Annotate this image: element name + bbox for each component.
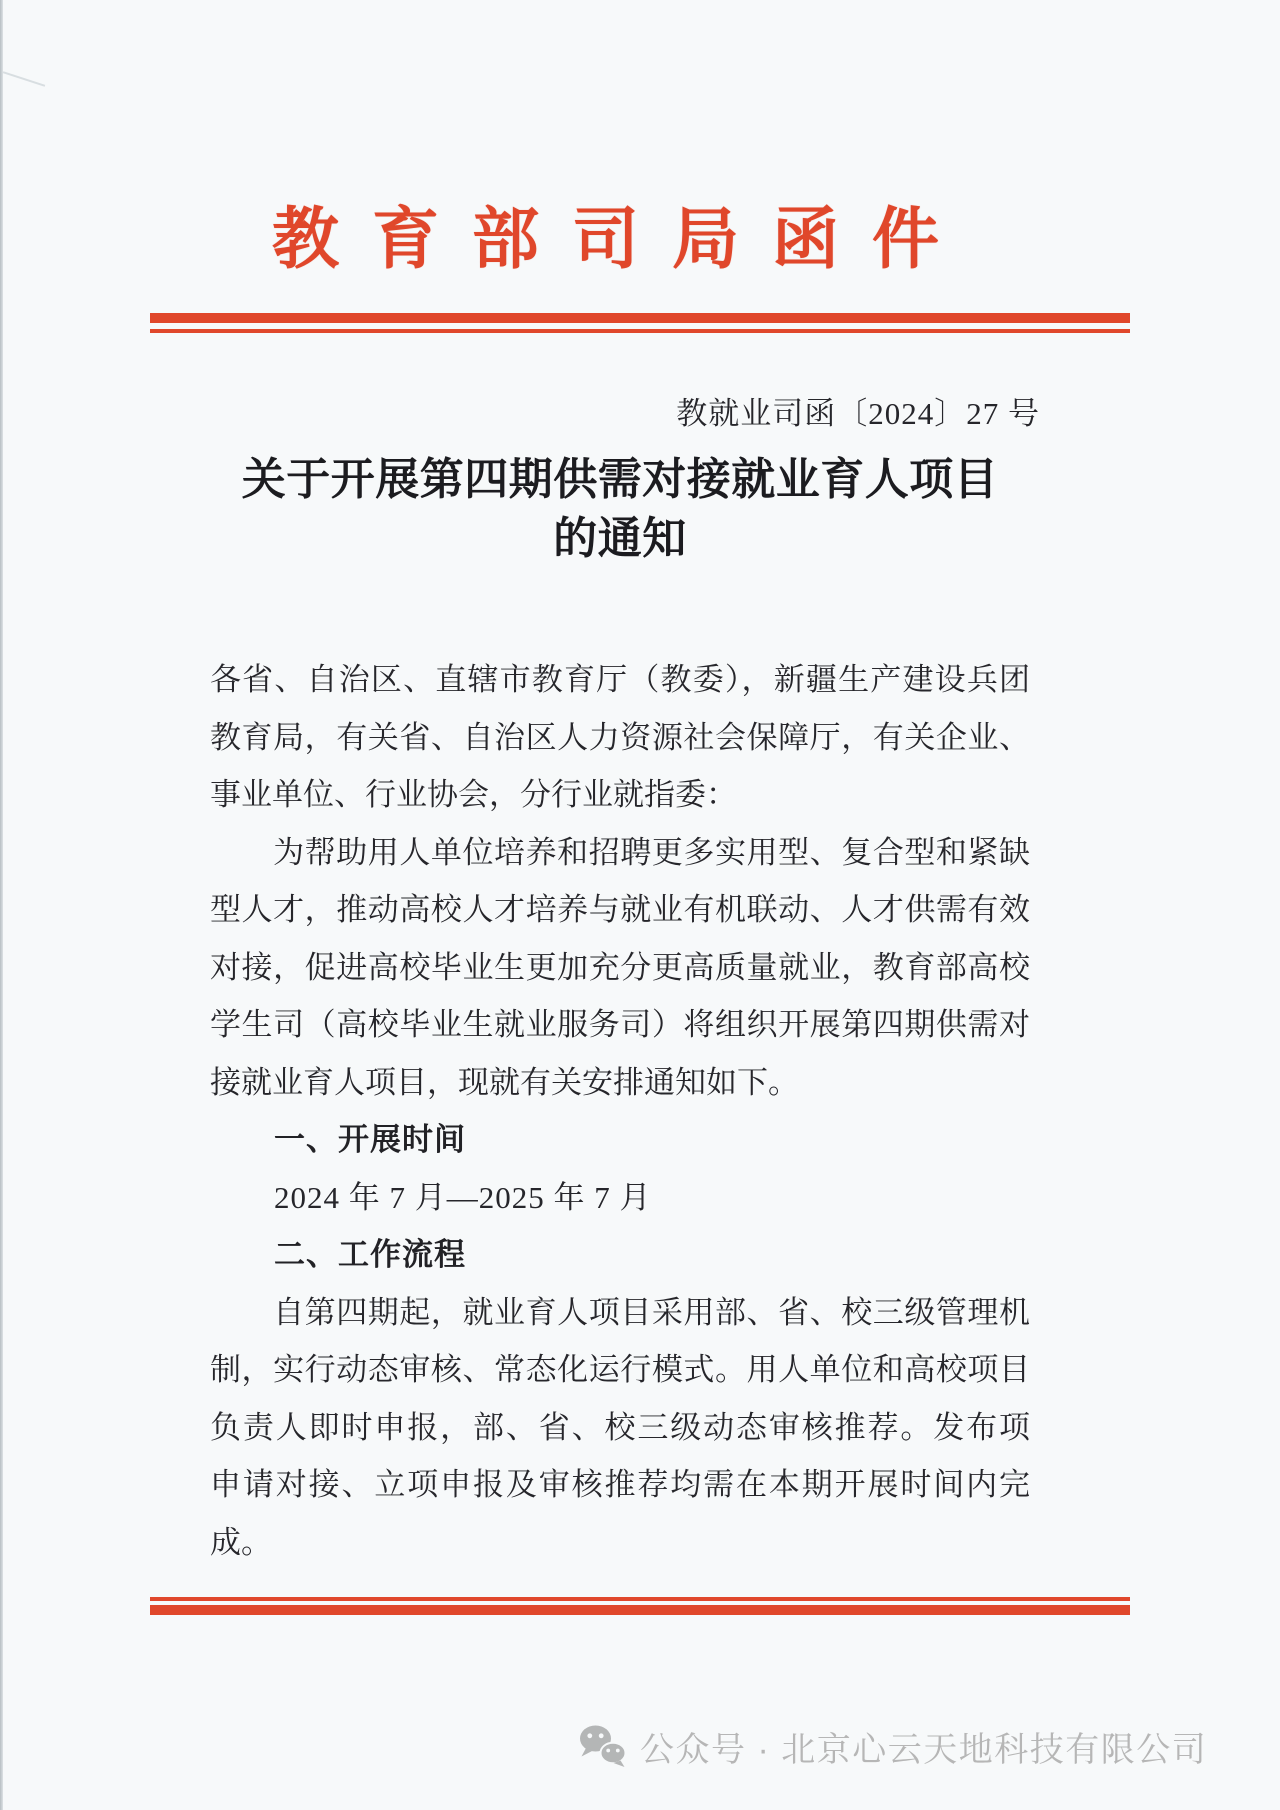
scan-edge-artifact <box>0 0 3 1810</box>
body-line: 学生司（高校毕业生就业服务司）将组织开展第四期供需对 <box>210 996 1030 1054</box>
body-line: 负责人即时申报，部、省、校三级动态审核推荐。发布项目、 <box>210 1399 1030 1457</box>
footer-separator <box>150 1597 1130 1615</box>
body-line: 事业单位、行业协会，分行业就指委： <box>210 766 1030 824</box>
body-line: 制，实行动态审核、常态化运行模式。用人单位和高校项目 <box>210 1341 1030 1399</box>
footer-separator-thin-line <box>150 1597 1130 1601</box>
body-line: 2024 年 7 月—2025 年 7 月 <box>210 1169 1030 1227</box>
document-title: 关于开展第四期供需对接就业育人项目 的通知 <box>210 450 1030 568</box>
footer-separator-thick-line <box>150 1605 1130 1615</box>
body-line: 为帮助用人单位培养和招聘更多实用型、复合型和紧缺 <box>210 824 1030 882</box>
body-line: 成。 <box>210 1514 1030 1572</box>
watermark: 公众号 · 北京心云天地科技有限公司 <box>578 1722 1207 1771</box>
body-line: 型人才，推动高校人才培养与就业有机联动、人才供需有效 <box>210 881 1030 939</box>
body-line: 申请对接、立项申报及审核推荐均需在本期开展时间内完 <box>210 1456 1030 1514</box>
letterhead-title: 教育部司局函件 <box>272 200 972 280</box>
body-line: 各省、自治区、直辖市教育厅（教委），新疆生产建设兵团 <box>210 651 1030 709</box>
body-line: 一、开展时间 <box>210 1111 1030 1169</box>
body-line: 对接，促进高校毕业生更加充分更高质量就业，教育部高校 <box>210 939 1030 997</box>
wechat-icon <box>578 1724 628 1770</box>
document-body: 各省、自治区、直辖市教育厅（教委），新疆生产建设兵团教育局，有关省、自治区人力资… <box>210 651 1030 1571</box>
header-separator-thick-line <box>150 313 1130 323</box>
header-separator-thin-line <box>150 329 1130 333</box>
body-line: 自第四期起，就业育人项目采用部、省、校三级管理机 <box>210 1284 1030 1342</box>
document-number: 教就业司函〔2024〕27 号 <box>210 388 1040 433</box>
body-line: 二、工作流程 <box>210 1226 1030 1284</box>
watermark-text: 公众号 · 北京心云天地科技有限公司 <box>640 1722 1207 1771</box>
header-separator <box>150 313 1130 333</box>
body-line: 教育局，有关省、自治区人力资源社会保障厅，有关企业、 <box>210 709 1030 767</box>
title-line-1: 关于开展第四期供需对接就业育人项目 <box>210 450 1030 509</box>
body-line: 接就业育人项目，现就有关安排通知如下。 <box>210 1054 1030 1112</box>
document-page: 教育部司局函件 教就业司函〔2024〕27 号 关于开展第四期供需对接就业育人项… <box>0 0 1280 1810</box>
title-line-2: 的通知 <box>210 509 1030 568</box>
scan-fold-artifact <box>3 71 45 86</box>
